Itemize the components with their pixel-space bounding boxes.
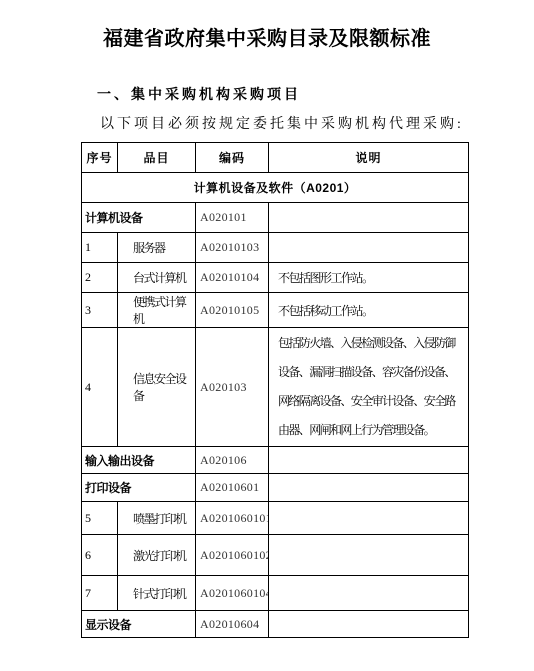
note-cell bbox=[269, 203, 469, 233]
note-cell bbox=[269, 474, 469, 502]
code-cell: A0201060104 bbox=[196, 576, 269, 611]
seq-cell: 5 bbox=[82, 502, 118, 535]
document-title: 福建省政府集中采购目录及限额标准 bbox=[0, 22, 534, 51]
item-cell: 打印设备 bbox=[82, 474, 196, 502]
intro-text: 以下项目必须按规定委托集中采购机构代理采购: bbox=[100, 113, 534, 133]
column-header-seq: 序号 bbox=[82, 143, 118, 173]
column-header-code: 编码 bbox=[196, 143, 269, 173]
category-banner: 计算机设备及软件（A0201） bbox=[82, 173, 469, 203]
table-row: 6 激光打印机 A0201060102 bbox=[82, 535, 469, 576]
code-cell: A02010604 bbox=[196, 611, 269, 638]
code-cell: A020101 bbox=[196, 203, 269, 233]
column-header-note: 说明 bbox=[269, 143, 469, 173]
table-group-row: 打印设备 A02010601 bbox=[82, 474, 469, 502]
item-cell: 针式打印机 bbox=[118, 576, 196, 611]
seq-cell: 3 bbox=[82, 293, 118, 328]
item-cell: 激光打印机 bbox=[118, 535, 196, 576]
code-cell: A02010104 bbox=[196, 263, 269, 293]
table-row: 4 信息安全设备 A020103 包括防火墙、入侵检测设备、入侵防御设备、漏洞扫… bbox=[82, 328, 469, 447]
code-cell: A02010103 bbox=[196, 233, 269, 263]
item-cell: 台式计算机 bbox=[118, 263, 196, 293]
item-cell: 显示设备 bbox=[82, 611, 196, 638]
code-cell: A020103 bbox=[196, 328, 269, 447]
item-cell: 输入输出设备 bbox=[82, 447, 196, 474]
code-cell: A020106 bbox=[196, 447, 269, 474]
code-cell: A0201060102 bbox=[196, 535, 269, 576]
note-cell: 不包括移动工作站。 bbox=[269, 293, 469, 328]
table-row: 3 便携式计算机 A02010105 不包括移动工作站。 bbox=[82, 293, 469, 328]
code-cell: A0201060101 bbox=[196, 502, 269, 535]
column-header-item: 品目 bbox=[118, 143, 196, 173]
seq-cell: 6 bbox=[82, 535, 118, 576]
note-cell bbox=[269, 447, 469, 474]
item-cell: 计算机设备 bbox=[82, 203, 196, 233]
table-row: 5 喷墨打印机 A0201060101 bbox=[82, 502, 469, 535]
note-cell bbox=[269, 576, 469, 611]
table-row: 1 服务器 A02010103 bbox=[82, 233, 469, 263]
item-cell: 喷墨打印机 bbox=[118, 502, 196, 535]
note-cell: 不包括图形工作站。 bbox=[269, 263, 469, 293]
code-cell: A02010601 bbox=[196, 474, 269, 502]
category-banner-row: 计算机设备及软件（A0201） bbox=[82, 173, 469, 203]
note-cell bbox=[269, 535, 469, 576]
note-cell bbox=[269, 611, 469, 638]
table-row: 2 台式计算机 A02010104 不包括图形工作站。 bbox=[82, 263, 469, 293]
item-cell: 信息安全设备 bbox=[118, 328, 196, 447]
document-page: 福建省政府集中采购目录及限额标准 一、集中采购机构采购项目 以下项目必须按规定委… bbox=[0, 0, 534, 671]
code-cell: A02010105 bbox=[196, 293, 269, 328]
seq-cell: 4 bbox=[82, 328, 118, 447]
table-group-row: 显示设备 A02010604 bbox=[82, 611, 469, 638]
table-group-row: 计算机设备 A020101 bbox=[82, 203, 469, 233]
item-cell: 服务器 bbox=[118, 233, 196, 263]
table-row: 7 针式打印机 A0201060104 bbox=[82, 576, 469, 611]
item-cell: 便携式计算机 bbox=[118, 293, 196, 328]
seq-cell: 2 bbox=[82, 263, 118, 293]
note-cell bbox=[269, 233, 469, 263]
seq-cell: 7 bbox=[82, 576, 118, 611]
seq-cell: 1 bbox=[82, 233, 118, 263]
section-heading: 一、集中采购机构采购项目 bbox=[97, 84, 534, 104]
table-header-row: 序号 品目 编码 说明 bbox=[82, 143, 469, 173]
procurement-table: 序号 品目 编码 说明 计算机设备及软件（A0201） 计算机设备 A02010… bbox=[81, 142, 469, 638]
note-cell bbox=[269, 502, 469, 535]
table-group-row: 输入输出设备 A020106 bbox=[82, 447, 469, 474]
note-cell: 包括防火墙、入侵检测设备、入侵防御设备、漏洞扫描设备、容灾备份设备、网络隔离设备… bbox=[269, 328, 469, 447]
